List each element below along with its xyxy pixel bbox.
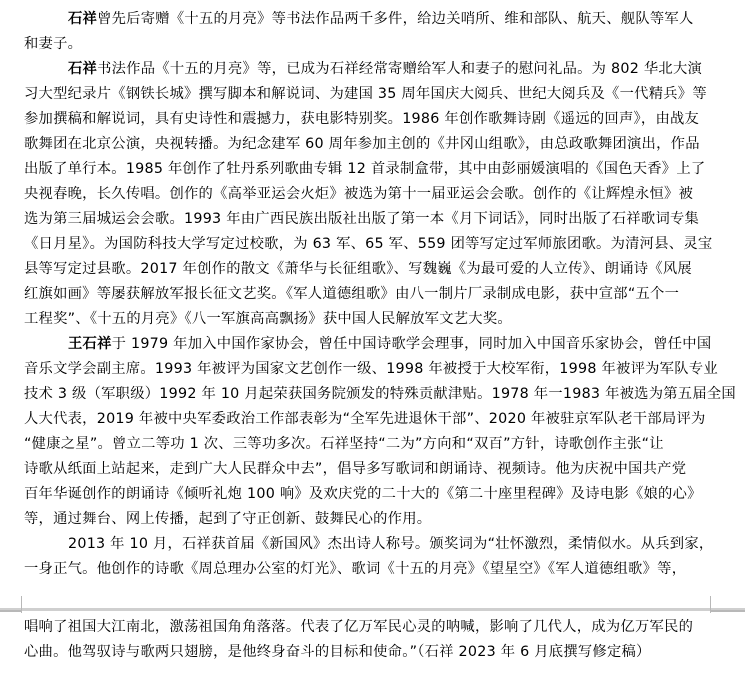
line-text: 曾先后寄赠《十五的月亮》等书法作品两千多件，给边关哨所、维和部队、航天、舰队等军…: [97, 11, 693, 27]
text-line: 工程奖”、《十五的月亮》《八一军旗高高飘扬》获中国人民解放军文艺大奖。: [24, 307, 724, 332]
page-corner-mark-top-left: [0, 596, 22, 611]
text-line: 参加撰稿和解说词，具有史诗性和震撼力，获电影特别奖。1986 年创作歌舞诗剧《遥…: [24, 107, 724, 132]
line-text: 于 1979 年加入中国作家协会，曾任中国诗歌学会理事，同时加入中国音乐家协会，…: [112, 336, 712, 352]
text-line: 一身正气。他创作的诗歌《周总理办公室的灯光》、歌词《十五的月亮》《望星空》《军人…: [24, 557, 724, 582]
text-line: 选为第三届城运会会歌。1993 年由广西民族出版社出版了第一本《月下词话》，同时…: [24, 207, 724, 232]
text-line: 红旗如画》等屡获解放军报长征文艺奖。《军人道德组歌》由八一制片厂录制成电影，获中…: [24, 282, 724, 307]
page-corner-mark-top-right: [710, 596, 745, 611]
text-line: 歌舞团在北京公演，央视转播。为纪念建军 60 周年参加主创的《井冈山组歌》，由总…: [24, 132, 724, 157]
text-line: 习大型纪录片《钢铁长城》撰写脚本和解说词、为建国 35 周年国庆大阅兵、世纪大阅…: [24, 82, 724, 107]
text-line: 出版了单行本。1985 年创作了牡丹系列歌曲专辑 12 首录制盒带，其中由彭丽媛…: [24, 157, 724, 182]
text-line: 县等写定过县歌。2017 年创作的散文《萧华与长征组歌》、写魏巍《为最可爱的人立…: [24, 257, 724, 282]
text-line: 2013 年 10 月，石祥获首届《新国风》杰出诗人称号。颁奖词为“壮怀激烈，柔…: [68, 532, 724, 557]
document-page-1: 石祥曾先后寄赠《十五的月亮》等书法作品两千多件，给边关哨所、维和部队、航天、舰队…: [0, 0, 745, 603]
text-line: 和妻子。: [24, 32, 724, 57]
bold-name: 王石祥: [68, 336, 112, 352]
text-line: 诗歌从纸面上站起来，走到广大人民群众中去”，倡导多写歌词和朗诵诗、视频诗。他为庆…: [24, 457, 724, 482]
text-line: 石祥曾先后寄赠《十五的月亮》等书法作品两千多件，给边关哨所、维和部队、航天、舰队…: [68, 7, 724, 32]
text-line: 央视春晚，长久传唱。创作的《高举亚运会火炬》被选为第十一届亚运会会歌。创作的《让…: [24, 182, 724, 207]
bold-name: 石祥: [68, 11, 97, 27]
text-line: 石祥书法作品《十五的月亮》等，已成为石祥经常寄赠给军人和妻子的慰问礼品。为 80…: [68, 57, 724, 82]
page-break-line: [0, 608, 745, 611]
text-line: 人大代表，2019 年被中央军委政治工作部表彰为“全军先进退休干部”、2020 …: [24, 407, 724, 432]
text-line: 技术 3 级（军职级）1992 年 10 月起荣获国务院颁发的特殊贡献津贴。19…: [24, 382, 724, 407]
line-text: 书法作品《十五的月亮》等，已成为石祥经常寄赠给军人和妻子的慰问礼品。为 802 …: [97, 61, 702, 77]
document-page-2: 唱响了祖国大江南北，激荡祖国角角落落。代表了亿万军民心灵的呐喊，影响了几代人，成…: [0, 613, 745, 691]
text-line: 心曲。他驾驭诗与歌两只翅膀，是他终身奋斗的目标和使命。”（石祥 2023 年 6…: [24, 640, 724, 665]
text-line: 《日月星》。为国防科技大学写定过校歌，为 63 军、65 军、559 团等写定过…: [24, 232, 724, 257]
text-line: 唱响了祖国大江南北，激荡祖国角角落落。代表了亿万军民心灵的呐喊，影响了几代人，成…: [24, 615, 724, 640]
text-line: 王石祥于 1979 年加入中国作家协会，曾任中国诗歌学会理事，同时加入中国音乐家…: [68, 332, 724, 357]
bold-name: 石祥: [68, 61, 97, 77]
text-line: 百年华诞创作的朗诵诗《倾听礼炮 100 响》及欢庆党的二十大的《第二十座里程碑》…: [24, 482, 724, 507]
text-line: 音乐文学会副主席。1993 年被评为国家文艺创作一级、1998 年被授于大校军衔…: [24, 357, 724, 382]
text-line: 等，通过舞台、网上传播，起到了守正创新、鼓舞民心的作用。: [24, 507, 724, 532]
text-line: “健康之星”。曾立二等功 1 次、三等功多次。石祥坚持“二为”方向和“双百”方针…: [24, 432, 724, 457]
